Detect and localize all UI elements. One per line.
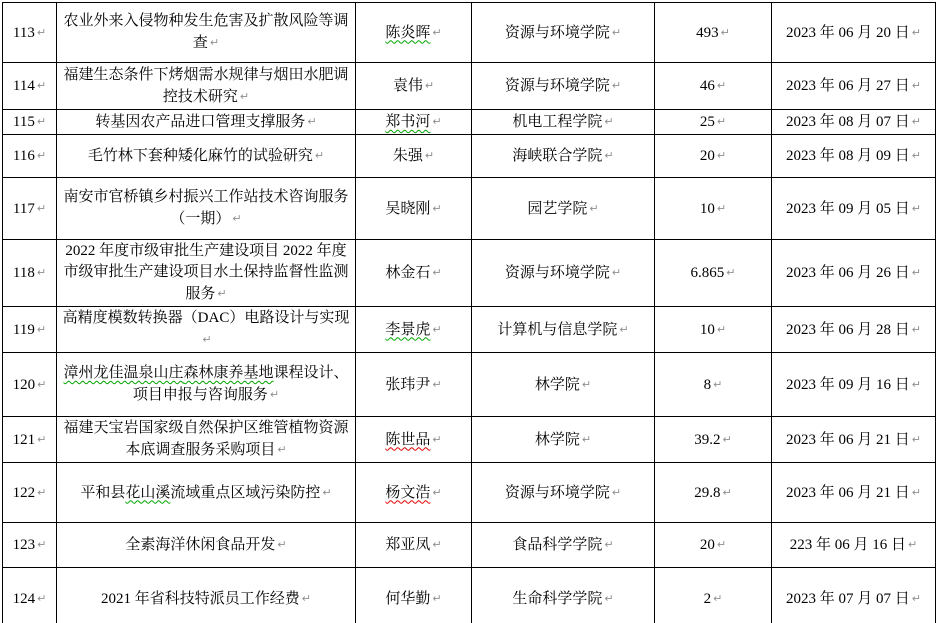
cell-project-title[interactable]: 高精度模数转换器（DAC）电路设计与实现↵: [57, 307, 356, 353]
cell-project-title[interactable]: 2022 年度市级审批生产建设项目 2022 年度市级审批生产建设项目水土保持监…: [57, 240, 356, 307]
cell-date[interactable]: 2023 年 08 月 07 日↵: [772, 110, 936, 135]
cell-college[interactable]: 资源与环境学院↵: [472, 463, 655, 523]
project-title-text: 漳州龙佳温泉山庄: [63, 365, 183, 381]
college-text: 资源与环境学院: [505, 265, 610, 281]
paragraph-mark-icon: ↵: [726, 266, 735, 279]
paragraph-mark-icon: ↵: [612, 79, 621, 92]
paragraph-mark-icon: ↵: [912, 323, 921, 336]
paragraph-mark-icon: ↵: [37, 202, 46, 215]
cell-college[interactable]: 资源与环境学院↵: [472, 63, 655, 110]
row-number-text: 115: [13, 114, 35, 130]
person-name-text: 吴晓刚: [385, 201, 430, 217]
paragraph-mark-icon: ↵: [432, 266, 441, 279]
paragraph-mark-icon: ↵: [425, 149, 434, 162]
table-body: 113↵农业外来入侵物种发生危害及扩散风险等调查↵陈炎晖↵资源与环境学院↵493…: [3, 3, 936, 623]
document-page: 113↵农业外来入侵物种发生危害及扩散风险等调查↵陈炎晖↵资源与环境学院↵493…: [0, 0, 938, 623]
cell-college[interactable]: 林学院↵: [472, 353, 655, 417]
amount-text: 29.8: [694, 485, 720, 501]
person-name-text: 李景虎: [385, 322, 430, 338]
table-row: 120↵漳州龙佳温泉山庄森林康养基地课程设计、项目申报与咨询服务↵张玮尹↵林学院…: [3, 353, 936, 417]
table-row: 124↵2021 年省科技特派员工作经费↵何华勤↵生命科学学院↵2↵2023 年…: [3, 568, 936, 623]
paragraph-mark-icon: ↵: [717, 149, 726, 162]
cell-amount[interactable]: 8↵: [655, 353, 772, 417]
paragraph-mark-icon: ↵: [912, 433, 921, 446]
cell-project-title[interactable]: 农业外来入侵物种发生危害及扩散风险等调查↵: [57, 3, 356, 63]
table-row: 122↵平和县花山溪流域重点区域污染防控↵杨文浩↵资源与环境学院↵29.8↵20…: [3, 463, 936, 523]
person-name-text: 陈炎晖: [385, 25, 430, 41]
cell-amount[interactable]: 6.865↵: [655, 240, 772, 307]
cell-project-title[interactable]: 平和县花山溪流域重点区域污染防控↵: [57, 463, 356, 523]
cell-project-title[interactable]: 转基因农产品进口管理支撑服务↵: [57, 110, 356, 135]
paragraph-mark-icon: ↵: [912, 378, 921, 391]
cell-row-number[interactable]: 122↵: [3, 463, 57, 523]
projects-table: 113↵农业外来入侵物种发生危害及扩散风险等调查↵陈炎晖↵资源与环境学院↵493…: [2, 2, 936, 623]
cell-date[interactable]: 2023 年 06 月 21 日↵: [772, 463, 936, 523]
cell-college[interactable]: 资源与环境学院↵: [472, 3, 655, 63]
cell-amount[interactable]: 46↵: [655, 63, 772, 110]
person-name-text: 杨文浩: [385, 485, 430, 501]
cell-row-number[interactable]: 113↵: [3, 3, 57, 63]
paragraph-mark-icon: ↵: [912, 486, 921, 499]
table-row: 113↵农业外来入侵物种发生危害及扩散风险等调查↵陈炎晖↵资源与环境学院↵493…: [3, 3, 936, 63]
cell-amount[interactable]: 29.8↵: [655, 463, 772, 523]
paragraph-mark-icon: ↵: [589, 202, 598, 215]
paragraph-mark-icon: ↵: [612, 266, 621, 279]
paragraph-mark-icon: ↵: [612, 26, 621, 39]
project-title-text: 森林康养基地: [183, 365, 273, 381]
row-number-text: 124: [13, 591, 36, 607]
table-row: 121↵福建天宝岩国家级自然保护区维管植物资源本底调查服务采购项目↵陈世品↵林学…: [3, 417, 936, 463]
project-title-text: 全素海洋休闲食品开发: [125, 537, 275, 553]
paragraph-mark-icon: ↵: [240, 90, 249, 103]
cell-college[interactable]: 海峡联合学院↵: [472, 135, 655, 178]
paragraph-mark-icon: ↵: [202, 333, 211, 346]
project-title-text: 2021 年省科技特派员工作经费: [101, 591, 300, 607]
date-text: 2023 年 06 月 21 日: [786, 485, 910, 501]
row-number-text: 119: [13, 322, 35, 338]
amount-text: 8: [704, 377, 712, 393]
paragraph-mark-icon: ↵: [322, 486, 331, 499]
project-title-text: 高精度模数转换器（DAC）电路设计与实现: [63, 310, 350, 326]
cell-row-number[interactable]: 115↵: [3, 110, 57, 135]
person-name-text: 何华勤: [385, 591, 430, 607]
cell-row-number[interactable]: 118↵: [3, 240, 57, 307]
cell-college[interactable]: 计算机与信息学院↵: [472, 307, 655, 353]
cell-amount[interactable]: 10↵: [655, 307, 772, 353]
paragraph-mark-icon: ↵: [604, 115, 613, 128]
paragraph-mark-icon: ↵: [721, 26, 730, 39]
row-number-text: 122: [13, 485, 36, 501]
amount-text: 10: [700, 201, 715, 217]
date-text: 2023 年 07 月 07 日: [786, 591, 910, 607]
paragraph-mark-icon: ↵: [210, 36, 219, 49]
paragraph-mark-icon: ↵: [717, 115, 726, 128]
cell-project-title[interactable]: 毛竹林下套种矮化麻竹的试验研究↵: [57, 135, 356, 178]
date-text: 2023 年 06 月 21 日: [786, 432, 910, 448]
cell-amount[interactable]: 20↵: [655, 523, 772, 568]
paragraph-mark-icon: ↵: [432, 378, 441, 391]
person-name-text: 林金石: [385, 265, 430, 281]
cell-project-title[interactable]: 2021 年省科技特派员工作经费↵: [57, 568, 356, 623]
project-title-text: 农业外来入侵物种发生危害及扩散风险等调查: [63, 13, 348, 51]
paragraph-mark-icon: ↵: [37, 538, 46, 551]
cell-row-number[interactable]: 114↵: [3, 63, 57, 110]
table-row: 118↵2022 年度市级审批生产建设项目 2022 年度市级审批生产建设项目水…: [3, 240, 936, 307]
cell-date[interactable]: 2023 年 06 月 28 日↵: [772, 307, 936, 353]
cell-date[interactable]: 2023 年 09 月 16 日↵: [772, 353, 936, 417]
paragraph-mark-icon: ↵: [432, 115, 441, 128]
cell-row-number[interactable]: 124↵: [3, 568, 57, 623]
paragraph-mark-icon: ↵: [307, 115, 316, 128]
cell-person-name[interactable]: 陈世品↵: [356, 417, 472, 463]
paragraph-mark-icon: ↵: [37, 266, 46, 279]
person-name-text: 郑亚凤: [385, 537, 430, 553]
project-title-text: 花山溪: [125, 485, 170, 501]
table-row: 116↵毛竹林下套种矮化麻竹的试验研究↵朱强↵海峡联合学院↵20↵2023 年 …: [3, 135, 936, 178]
person-name-text: 袁伟: [393, 78, 423, 94]
paragraph-mark-icon: ↵: [912, 149, 921, 162]
table-row: 115↵转基因农产品进口管理支撑服务↵郑书河↵机电工程学院↵25↵2023 年 …: [3, 110, 936, 135]
paragraph-mark-icon: ↵: [270, 388, 279, 401]
paragraph-mark-icon: ↵: [37, 149, 46, 162]
cell-amount[interactable]: 10↵: [655, 178, 772, 240]
row-number-text: 114: [13, 78, 35, 94]
project-title-text: 福建生态条件下烤烟需水规律与烟田水肥调控技术研究: [63, 67, 348, 105]
cell-person-name[interactable]: 杨文浩↵: [356, 463, 472, 523]
table-row: 119↵高精度模数转换器（DAC）电路设计与实现↵李景虎↵计算机与信息学院↵10…: [3, 307, 936, 353]
cell-college[interactable]: 食品科学学院↵: [472, 523, 655, 568]
paragraph-mark-icon: ↵: [912, 202, 921, 215]
amount-text: 25: [700, 114, 715, 130]
paragraph-mark-icon: ↵: [912, 115, 921, 128]
paragraph-mark-icon: ↵: [432, 323, 441, 336]
amount-text: 10: [700, 322, 715, 338]
row-number-text: 117: [13, 201, 35, 217]
row-number-text: 113: [13, 25, 35, 41]
project-title-text: 平和县: [80, 485, 125, 501]
cell-row-number[interactable]: 123↵: [3, 523, 57, 568]
cell-person-name[interactable]: 袁伟↵: [356, 63, 472, 110]
cell-date[interactable]: 2023 年 09 月 05 日↵: [772, 178, 936, 240]
paragraph-mark-icon: ↵: [717, 323, 726, 336]
person-name-text: 朱强: [393, 148, 423, 164]
row-number-text: 123: [13, 537, 36, 553]
college-text: 机电工程学院: [512, 114, 602, 130]
paragraph-mark-icon: ↵: [713, 378, 722, 391]
paragraph-mark-icon: ↵: [432, 433, 441, 446]
paragraph-mark-icon: ↵: [277, 538, 286, 551]
date-text: 223 年 06 月 16 日: [790, 537, 906, 553]
cell-date[interactable]: 2023 年 07 月 07 日↵: [772, 568, 936, 623]
paragraph-mark-icon: ↵: [717, 202, 726, 215]
person-name-text: 陈世品: [385, 432, 430, 448]
paragraph-mark-icon: ↵: [582, 433, 591, 446]
cell-date[interactable]: 2023 年 06 月 20 日↵: [772, 3, 936, 63]
paragraph-mark-icon: ↵: [612, 486, 621, 499]
paragraph-mark-icon: ↵: [912, 79, 921, 92]
college-text: 资源与环境学院: [505, 25, 610, 41]
cell-project-title[interactable]: 漳州龙佳温泉山庄森林康养基地课程设计、项目申报与咨询服务↵: [57, 353, 356, 417]
cell-college[interactable]: 资源与环境学院↵: [472, 240, 655, 307]
cell-person-name[interactable]: 李景虎↵: [356, 307, 472, 353]
cell-row-number[interactable]: 119↵: [3, 307, 57, 353]
paragraph-mark-icon: ↵: [37, 115, 46, 128]
paragraph-mark-icon: ↵: [713, 592, 722, 605]
paragraph-mark-icon: ↵: [723, 486, 732, 499]
cell-row-number[interactable]: 116↵: [3, 135, 57, 178]
project-title-text: 转基因农产品进口管理支撑服务: [95, 114, 305, 130]
project-title-text: 南安市官桥镇乡村振兴工作站技术咨询服务（一期）: [63, 189, 348, 227]
table-row: 114↵福建生态条件下烤烟需水规律与烟田水肥调控技术研究↵袁伟↵资源与环境学院↵…: [3, 63, 936, 110]
college-text: 园艺学院: [527, 201, 587, 217]
date-text: 2023 年 09 月 05 日: [786, 201, 910, 217]
paragraph-mark-icon: ↵: [217, 287, 226, 300]
paragraph-mark-icon: ↵: [302, 592, 311, 605]
cell-row-number[interactable]: 121↵: [3, 417, 57, 463]
cell-amount[interactable]: 493↵: [655, 3, 772, 63]
row-number-text: 118: [13, 265, 35, 281]
cell-college[interactable]: 林学院↵: [472, 417, 655, 463]
paragraph-mark-icon: ↵: [432, 538, 441, 551]
cell-person-name[interactable]: 何华勤↵: [356, 568, 472, 623]
date-text: 2023 年 06 月 20 日: [786, 25, 910, 41]
paragraph-mark-icon: ↵: [908, 538, 917, 551]
paragraph-mark-icon: ↵: [912, 266, 921, 279]
paragraph-mark-icon: ↵: [432, 26, 441, 39]
paragraph-mark-icon: ↵: [604, 538, 613, 551]
paragraph-mark-icon: ↵: [37, 486, 46, 499]
paragraph-mark-icon: ↵: [37, 378, 46, 391]
cell-row-number[interactable]: 117↵: [3, 178, 57, 240]
date-text: 2023 年 06 月 28 日: [786, 322, 910, 338]
amount-text: 46: [700, 78, 715, 94]
college-text: 生命科学学院: [512, 591, 602, 607]
cell-person-name[interactable]: 张玮尹↵: [356, 353, 472, 417]
row-number-text: 116: [13, 148, 35, 164]
cell-date[interactable]: 223 年 06 月 16 日↵: [772, 523, 936, 568]
cell-person-name[interactable]: 郑亚凤↵: [356, 523, 472, 568]
college-text: 计算机与信息学院: [497, 322, 617, 338]
cell-date[interactable]: 2023 年 08 月 09 日↵: [772, 135, 936, 178]
paragraph-mark-icon: ↵: [232, 212, 241, 225]
row-number-text: 121: [13, 432, 36, 448]
amount-text: 2: [704, 591, 712, 607]
paragraph-mark-icon: ↵: [315, 149, 324, 162]
amount-text: 20: [700, 148, 715, 164]
paragraph-mark-icon: ↵: [432, 202, 441, 215]
row-number-text: 120: [13, 377, 36, 393]
paragraph-mark-icon: ↵: [582, 378, 591, 391]
college-text: 林学院: [535, 432, 580, 448]
cell-person-name[interactable]: 吴晓刚↵: [356, 178, 472, 240]
cell-person-name[interactable]: 朱强↵: [356, 135, 472, 178]
paragraph-mark-icon: ↵: [37, 26, 46, 39]
amount-text: 493: [696, 25, 719, 41]
paragraph-mark-icon: ↵: [604, 149, 613, 162]
amount-text: 6.865: [691, 265, 725, 281]
paragraph-mark-icon: ↵: [723, 433, 732, 446]
paragraph-mark-icon: ↵: [604, 592, 613, 605]
cell-amount[interactable]: 2↵: [655, 568, 772, 623]
paragraph-mark-icon: ↵: [912, 26, 921, 39]
cell-project-title[interactable]: 全素海洋休闲食品开发↵: [57, 523, 356, 568]
paragraph-mark-icon: ↵: [912, 592, 921, 605]
paragraph-mark-icon: ↵: [277, 443, 286, 456]
college-text: 资源与环境学院: [505, 78, 610, 94]
project-title-text: 流域重点区域污染防控: [170, 485, 320, 501]
amount-text: 20: [700, 537, 715, 553]
paragraph-mark-icon: ↵: [37, 79, 46, 92]
cell-project-title[interactable]: 福建天宝岩国家级自然保护区维管植物资源本底调查服务采购项目↵: [57, 417, 356, 463]
cell-college[interactable]: 园艺学院↵: [472, 178, 655, 240]
cell-project-title[interactable]: 福建生态条件下烤烟需水规律与烟田水肥调控技术研究↵: [57, 63, 356, 110]
paragraph-mark-icon: ↵: [432, 592, 441, 605]
table-row: 117↵南安市官桥镇乡村振兴工作站技术咨询服务（一期）↵吴晓刚↵园艺学院↵10↵…: [3, 178, 936, 240]
cell-project-title[interactable]: 南安市官桥镇乡村振兴工作站技术咨询服务（一期）↵: [57, 178, 356, 240]
project-title-text: 2022 年度市级审批生产建设项目 2022 年度市级审批生产建设项目水土保持监…: [63, 243, 348, 302]
paragraph-mark-icon: ↵: [717, 79, 726, 92]
cell-row-number[interactable]: 120↵: [3, 353, 57, 417]
college-text: 林学院: [535, 377, 580, 393]
cell-date[interactable]: 2023 年 06 月 21 日↵: [772, 417, 936, 463]
date-text: 2023 年 06 月 27 日: [786, 78, 910, 94]
cell-amount[interactable]: 25↵: [655, 110, 772, 135]
person-name-text: 张玮尹: [385, 377, 430, 393]
cell-college[interactable]: 生命科学学院↵: [472, 568, 655, 623]
college-text: 食品科学学院: [512, 537, 602, 553]
cell-date[interactable]: 2023 年 06 月 26 日↵: [772, 240, 936, 307]
paragraph-mark-icon: ↵: [37, 592, 46, 605]
paragraph-mark-icon: ↵: [619, 323, 628, 336]
college-text: 海峡联合学院: [512, 148, 602, 164]
cell-amount[interactable]: 20↵: [655, 135, 772, 178]
cell-person-name[interactable]: 林金石↵: [356, 240, 472, 307]
cell-amount[interactable]: 39.2↵: [655, 417, 772, 463]
date-text: 2023 年 09 月 16 日: [786, 377, 910, 393]
college-text: 资源与环境学院: [505, 485, 610, 501]
paragraph-mark-icon: ↵: [432, 486, 441, 499]
cell-date[interactable]: 2023 年 06 月 27 日↵: [772, 63, 936, 110]
paragraph-mark-icon: ↵: [425, 79, 434, 92]
amount-text: 39.2: [694, 432, 720, 448]
date-text: 2023 年 08 月 09 日: [786, 148, 910, 164]
cell-person-name[interactable]: 陈炎晖↵: [356, 3, 472, 63]
cell-college[interactable]: 机电工程学院↵: [472, 110, 655, 135]
table-row: 123↵全素海洋休闲食品开发↵郑亚凤↵食品科学学院↵20↵223 年 06 月 …: [3, 523, 936, 568]
paragraph-mark-icon: ↵: [37, 433, 46, 446]
project-title-text: 福建天宝岩国家级自然保护区维管植物资源本底调查服务采购项目: [63, 420, 348, 458]
project-title-text: 毛竹林下套种矮化麻竹的试验研究: [88, 148, 313, 164]
paragraph-mark-icon: ↵: [37, 323, 46, 336]
date-text: 2023 年 06 月 26 日: [786, 265, 910, 281]
paragraph-mark-icon: ↵: [717, 538, 726, 551]
date-text: 2023 年 08 月 07 日: [786, 114, 910, 130]
cell-person-name[interactable]: 郑书河↵: [356, 110, 472, 135]
person-name-text: 郑书河: [385, 114, 430, 130]
